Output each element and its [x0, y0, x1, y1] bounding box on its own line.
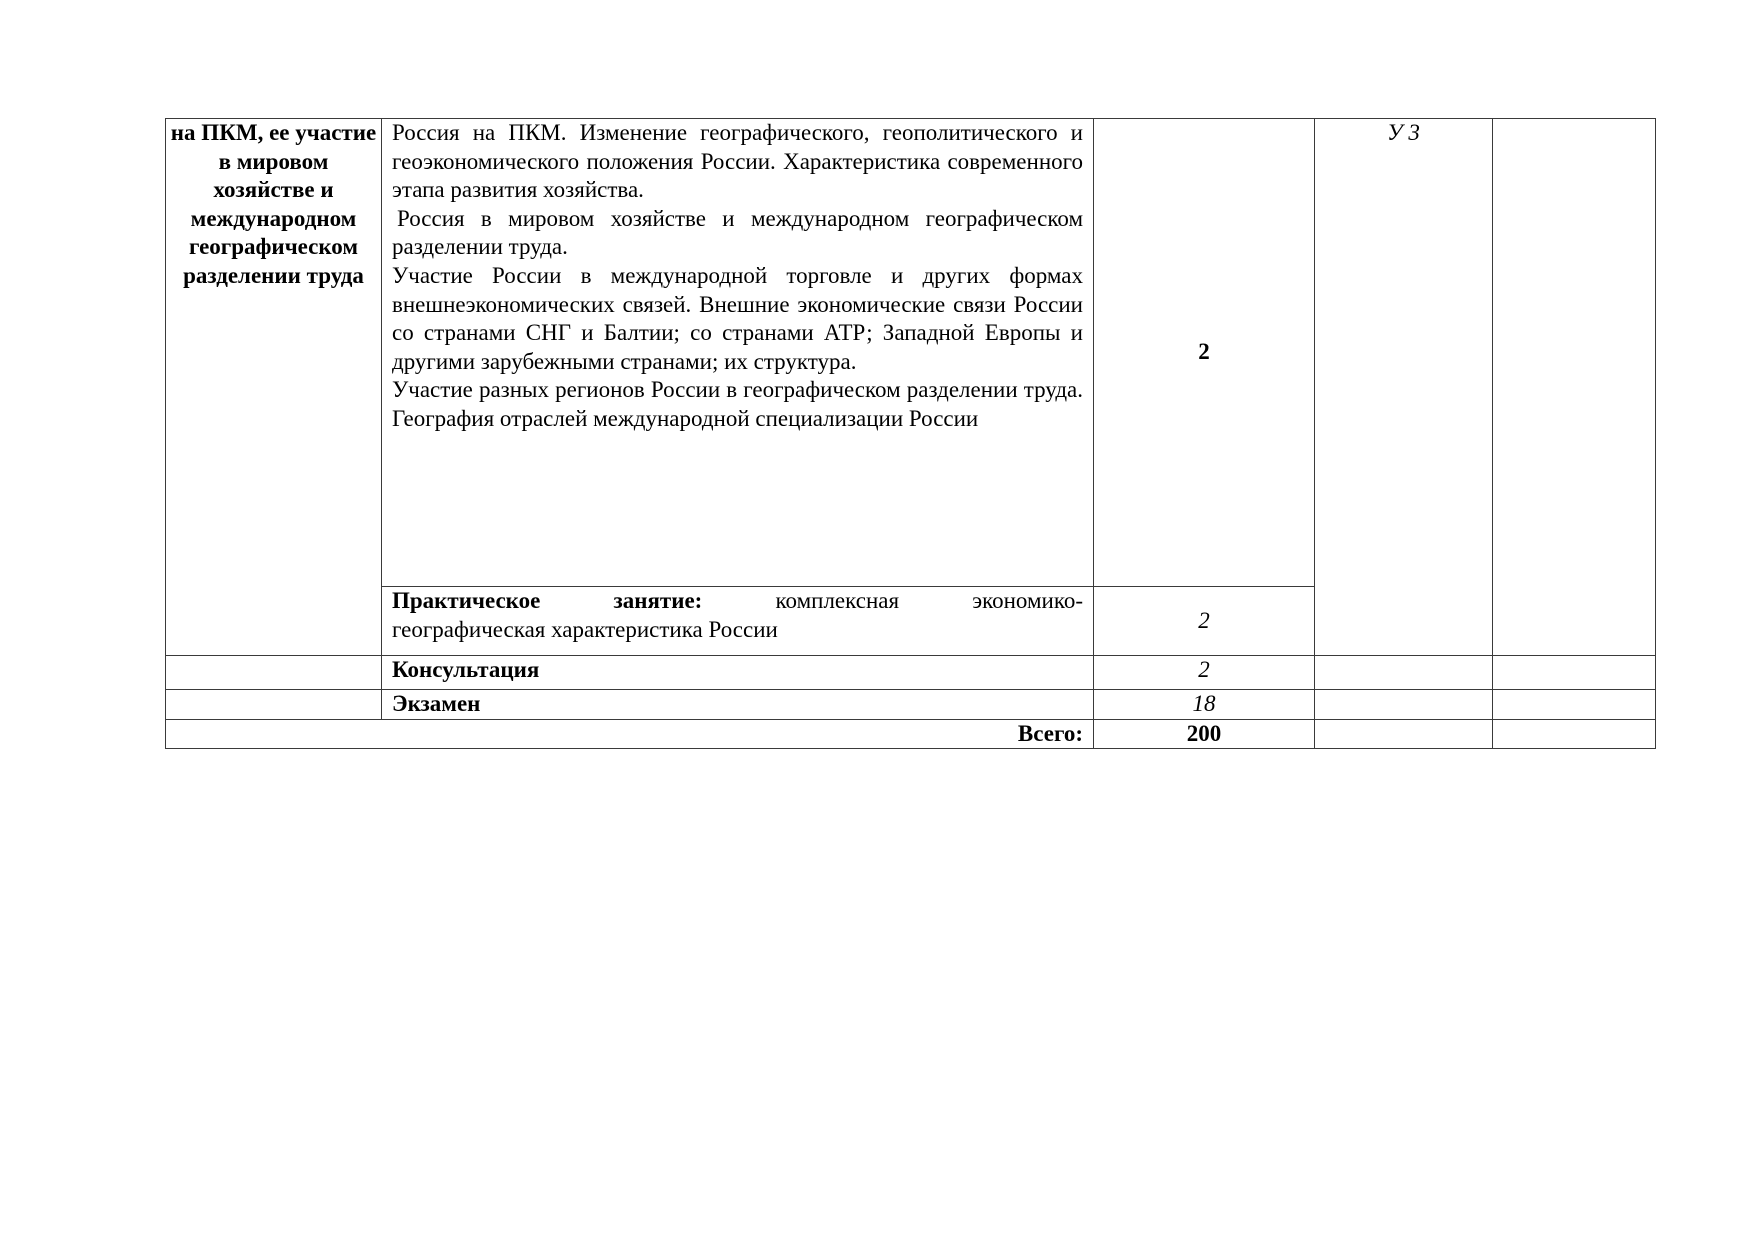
practice-hours-cell: 2 [1094, 587, 1315, 656]
content-paragraph: Россия в мировом хозяйстве и международн… [392, 205, 1083, 262]
empty-cell [166, 690, 382, 720]
table-row: Всего: 200 [166, 719, 1656, 749]
consult-label: Консультация [382, 656, 1094, 690]
practice-label: Практическое занятие: [392, 588, 702, 613]
practice-line-1: Практическое занятие: комплексная эконом… [392, 587, 1083, 616]
total-hours-cell: 200 [1094, 719, 1315, 749]
hours-cell: 2 [1094, 119, 1315, 587]
content-paragraph: Участие разных регионов России в географ… [392, 376, 1083, 433]
curriculum-table: на ПКМ, ее участие в мировом хозяйстве и… [165, 118, 1656, 749]
level-cell: У 3 [1315, 119, 1493, 656]
exam-label: Экзамен [382, 690, 1094, 720]
table-row: на ПКМ, ее участие в мировом хозяйстве и… [166, 119, 1656, 587]
content-paragraph: Участие России в международной торговле … [392, 262, 1083, 376]
content-paragraph: Россия на ПКМ. Изменение географического… [392, 119, 1083, 205]
content-cell: Россия на ПКМ. Изменение географического… [382, 119, 1094, 587]
table-row: Консультация 2 [166, 656, 1656, 690]
exam-hours-cell: 18 [1094, 690, 1315, 720]
empty-cell [166, 656, 382, 690]
practice-cell: Практическое занятие: комплексная эконом… [382, 587, 1094, 656]
document-page: на ПКМ, ее участие в мировом хозяйстве и… [0, 0, 1755, 1241]
practice-text-1: комплексная экономико- [776, 588, 1083, 613]
topic-cell: на ПКМ, ее участие в мировом хозяйстве и… [166, 119, 382, 656]
consult-hours-cell: 2 [1094, 656, 1315, 690]
empty-cell [1315, 719, 1493, 749]
table-row: Экзамен 18 [166, 690, 1656, 720]
extra-cell [1493, 119, 1656, 656]
practice-text-2: географическая характеристика России [392, 617, 778, 642]
empty-cell [1493, 690, 1656, 720]
empty-cell [1493, 719, 1656, 749]
empty-cell [1315, 656, 1493, 690]
total-label: Всего: [166, 719, 1094, 749]
empty-cell [1315, 690, 1493, 720]
empty-cell [1493, 656, 1656, 690]
